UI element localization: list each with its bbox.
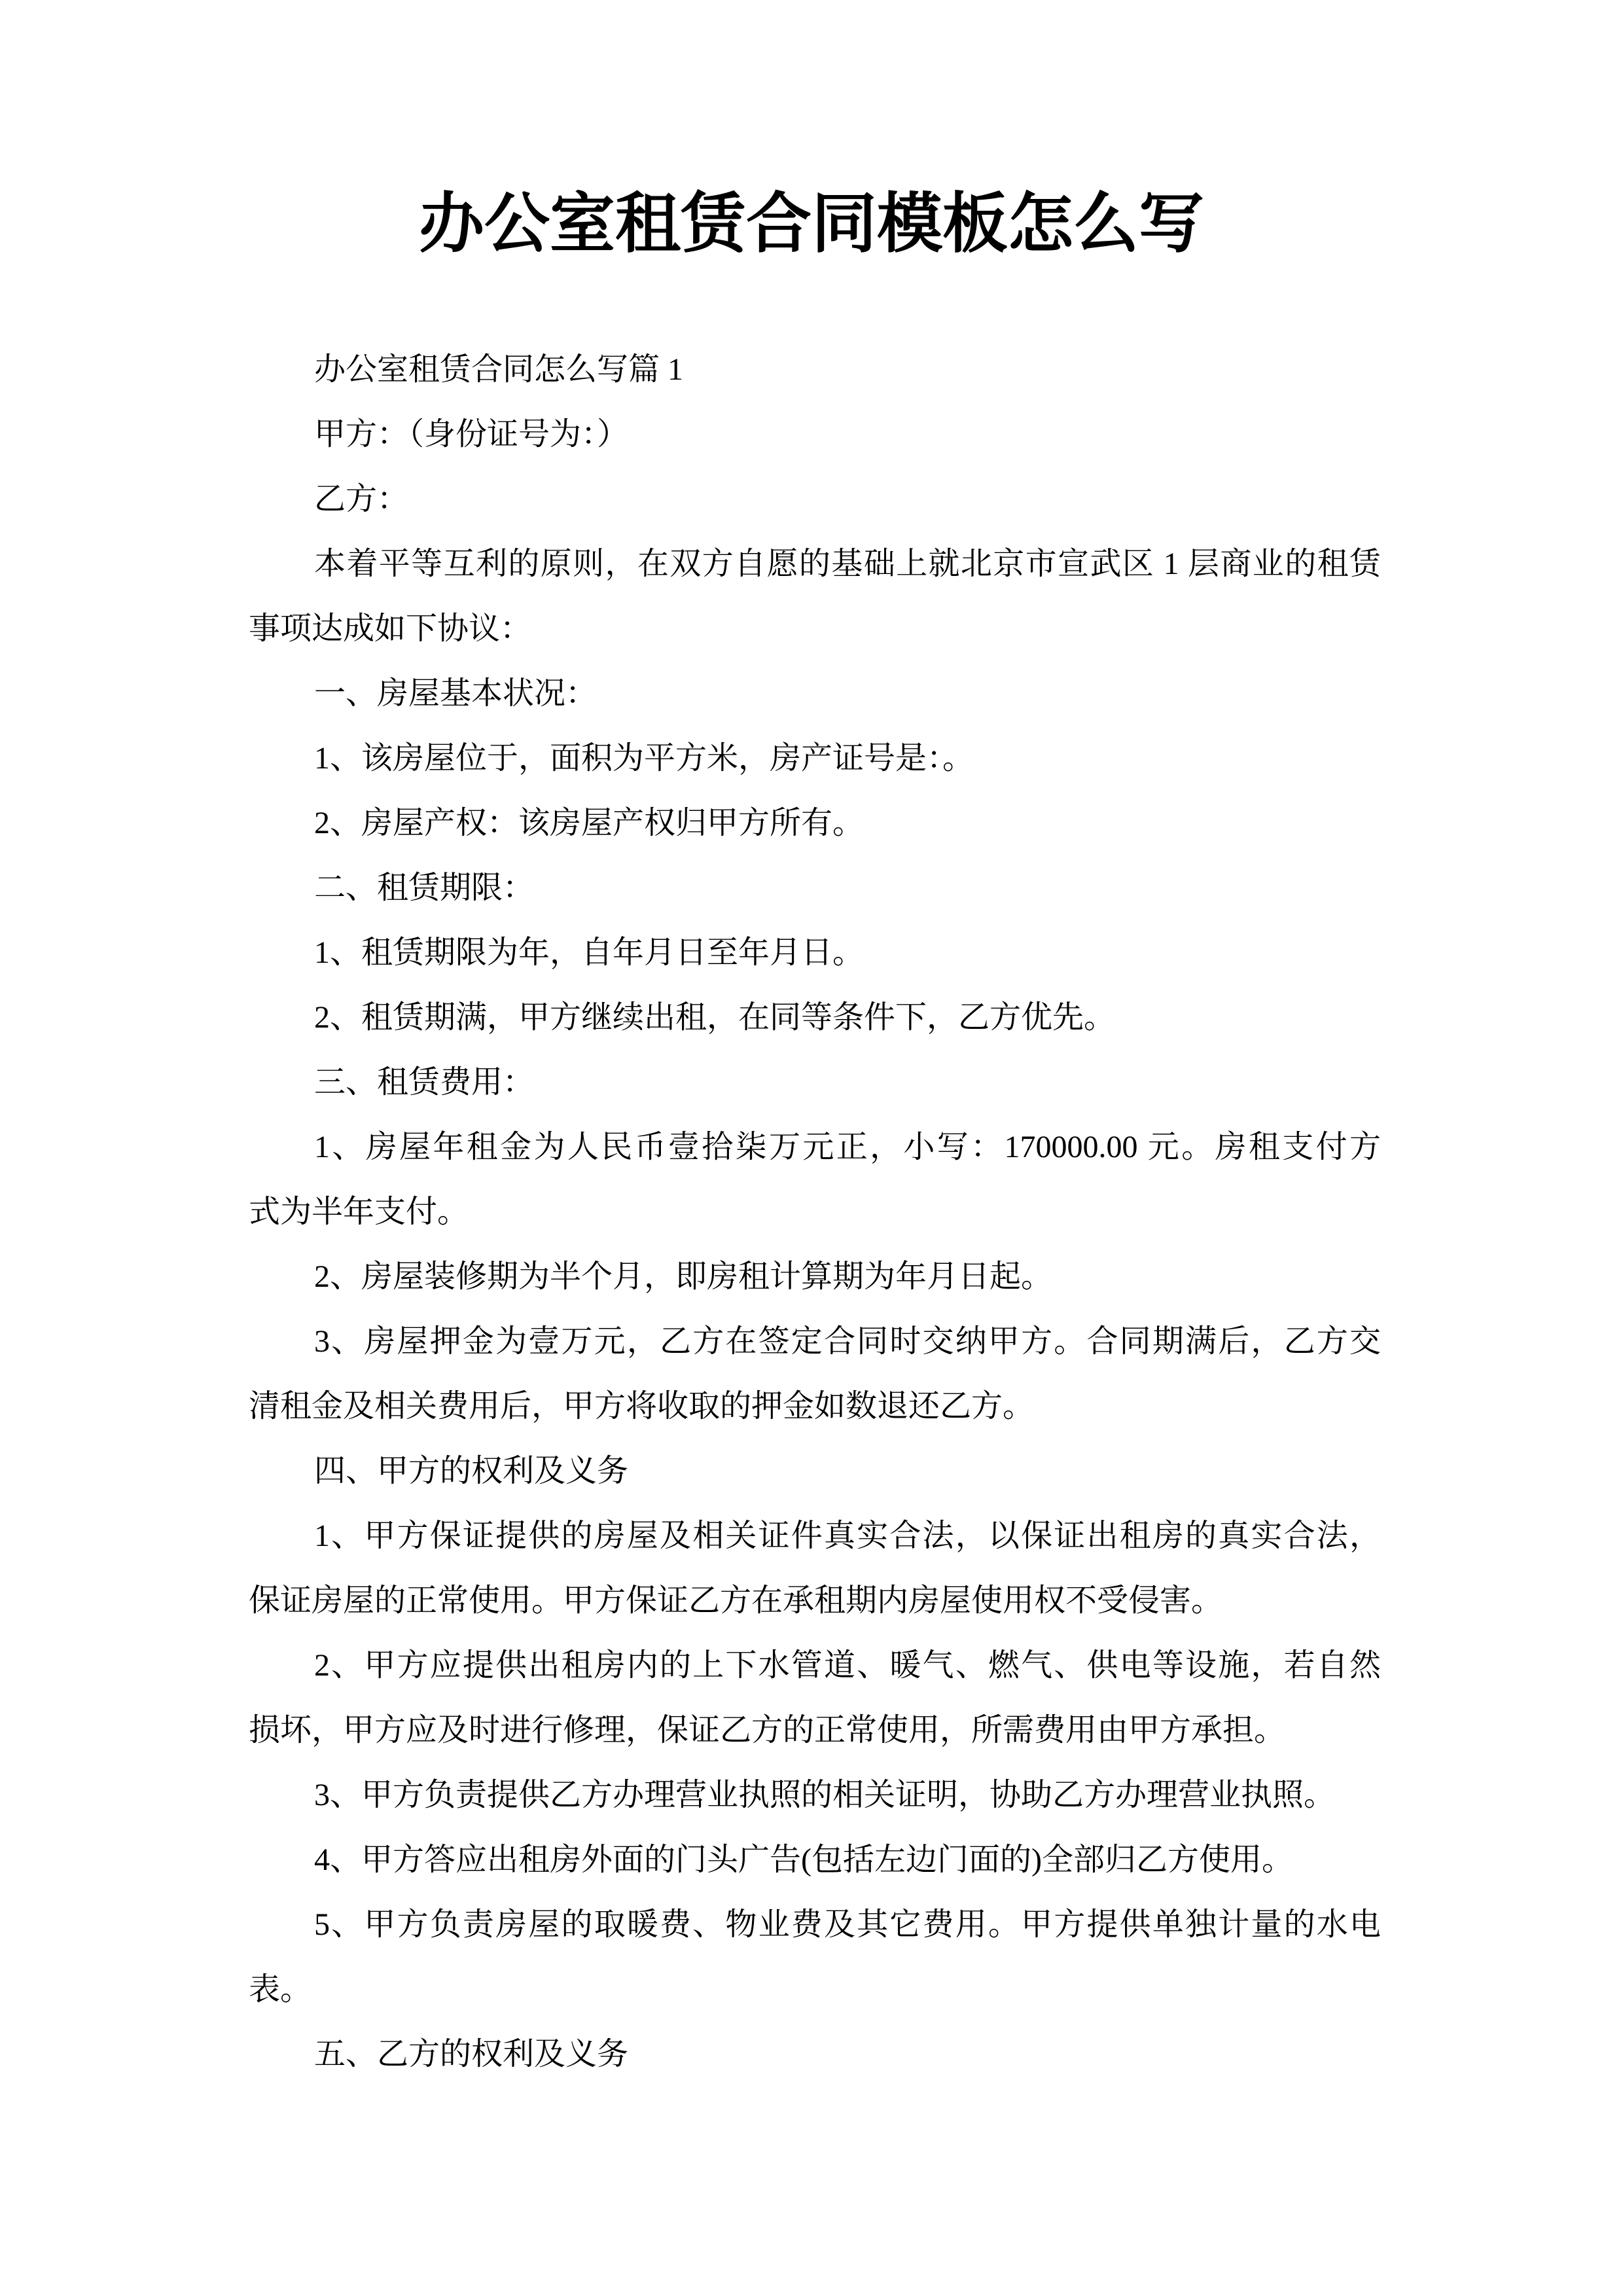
text-line: 二、租赁期限： [249,855,1381,920]
document-body: 办公室租赁合同怎么写篇 1甲方：（身份证号为：）乙方：本着平等互利的原则，在双方… [249,337,1381,2087]
text-line: 一、房屋基本状况： [249,661,1381,726]
text-line: 2、甲方应提供出租房内的上下水管道、暖气、燃气、供电等设施，若自然 [249,1633,1381,1698]
text-line: 3、房屋押金为壹万元，乙方在签定合同时交纳甲方。合同期满后，乙方交 [249,1309,1381,1374]
page-background: { "page": { "background_color": "#ffffff… [0,0,1623,2296]
text-line: 1、甲方保证提供的房屋及相关证件真实合法，以保证出租房的真实合法， [249,1503,1381,1568]
text-line: 乙方： [249,467,1381,531]
text-line: 2、租赁期满，甲方继续出租，在同等条件下，乙方优先。 [249,985,1381,1050]
text-line: 甲方：（身份证号为：） [249,402,1381,467]
text-line: 1、房屋年租金为人民币壹拾柒万元正，小写：170000.00 元。房租支付方 [249,1115,1381,1179]
text-line: 5、甲方负责房屋的取暖费、物业费及其它费用。甲方提供单独计量的水电 [249,1892,1381,1957]
text-line: 3、甲方负责提供乙方办理营业执照的相关证明，协助乙方办理营业执照。 [249,1763,1381,1827]
text-line: 本着平等互利的原则，在双方自愿的基础上就北京市宣武区 1 层商业的租赁 [249,531,1381,596]
text-line: 办公室租赁合同怎么写篇 1 [249,337,1381,402]
text-line: 事项达成如下协议： [249,596,1381,661]
text-line: 2、房屋装修期为半个月，即房租计算期为年月日起。 [249,1244,1381,1309]
text-line: 表。 [249,1957,1381,2022]
document-title: 办公室租赁合同模板怎么写 [0,0,1623,274]
document-page: 办公室租赁合同模板怎么写 办公室租赁合同怎么写篇 1甲方：（身份证号为：）乙方：… [0,0,1623,2296]
text-line: 式为半年支付。 [249,1179,1381,1244]
text-line: 4、甲方答应出租房外面的门头广告(包括左边门面的)全部归乙方使用。 [249,1827,1381,1892]
text-line: 损坏，甲方应及时进行修理，保证乙方的正常使用，所需费用由甲方承担。 [249,1698,1381,1763]
text-line: 2、房屋产权：该房屋产权归甲方所有。 [249,791,1381,855]
text-line: 1、该房屋位于，面积为平方米，房产证号是：。 [249,726,1381,791]
text-line: 四、甲方的权利及义务 [249,1439,1381,1503]
text-line: 保证房屋的正常使用。甲方保证乙方在承租期内房屋使用权不受侵害。 [249,1568,1381,1633]
text-line: 三、租赁费用： [249,1050,1381,1115]
text-line: 清租金及相关费用后，甲方将收取的押金如数退还乙方。 [249,1374,1381,1439]
text-line: 五、乙方的权利及义务 [249,2022,1381,2087]
text-line: 1、租赁期限为年，自年月日至年月日。 [249,920,1381,985]
